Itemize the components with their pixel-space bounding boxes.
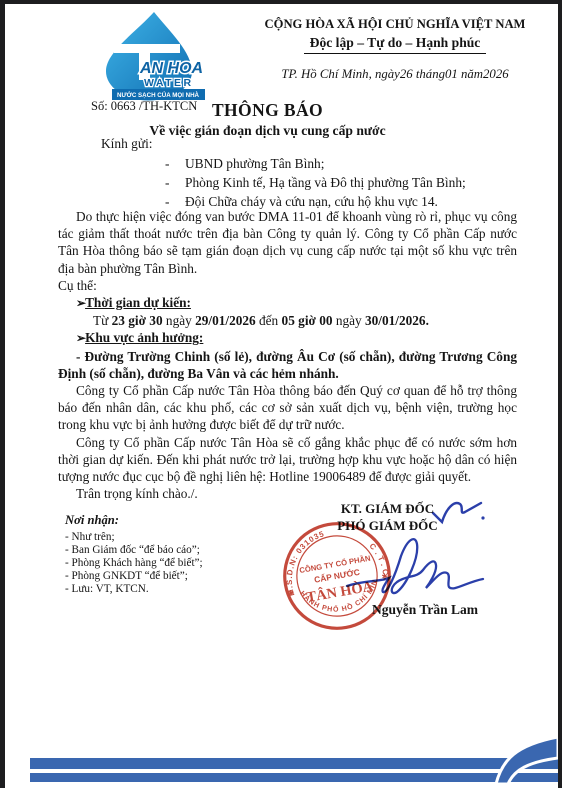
noi-nhan-item: - Phòng Khách hàng “để biết”; <box>65 557 290 570</box>
handwritten-initial-icon <box>429 496 487 530</box>
recipient-item: - UBND phường Tân Bình; <box>165 154 466 173</box>
letter-body: Do thực hiện việc đóng van bước DMA 11-0… <box>58 208 517 502</box>
paragraph-hotline: Công ty Cổ phần Cấp nước Tân Hòa sẽ cố g… <box>58 434 517 486</box>
arrow-bullet-icon: ➢ <box>76 331 85 345</box>
recipients-footer-block: Nơi nhận: - Như trên; - Ban Giám đốc “để… <box>65 513 290 596</box>
noi-nhan-label: Nơi nhận: <box>65 513 290 528</box>
water-drop-logo-icon: AN HOA WATER NƯỚC SẠCH CỦA MỌI NHÀ <box>89 10 213 102</box>
arrow-bullet-icon: ➢ <box>76 296 85 310</box>
national-header: CỘNG HÒA XÃ HỘI CHỦ NGHĨA VIỆT NAM Độc l… <box>245 17 545 83</box>
logo-name-text: AN HOA <box>139 60 203 77</box>
signer-name: Nguyễn Trần Lam <box>335 602 515 618</box>
affected-streets-line: - Đường Trường Chinh (số lẻ), đường Âu C… <box>58 348 517 382</box>
place-date-line: TP. Hồ Chí Minh, ngày26 tháng01 năm2026 <box>245 67 545 83</box>
noi-nhan-item: - Phòng GNKDT “để biết”; <box>65 570 290 583</box>
paragraph-notify: Công ty Cổ phần Cấp nước Tân Hòa thông b… <box>58 382 517 434</box>
paragraph-intro: Do thực hiện việc đóng van bước DMA 11-0… <box>58 208 517 277</box>
noi-nhan-item: - Như trên; <box>65 531 290 544</box>
recipient-item: - Phòng Kinh tế, Hạ tầng và Đô thị phườn… <box>165 173 466 192</box>
section-area: ➢Khu vực ảnh hưởng: <box>58 329 517 347</box>
company-logo: AN HOA WATER NƯỚC SẠCH CỦA MỌI NHÀ <box>89 10 229 107</box>
section-time: ➢Thời gian dự kiến: <box>58 294 517 312</box>
document-subtitle: Về việc gián đoạn dịch vụ cung cấp nước <box>15 123 520 139</box>
noi-nhan-item: - Ban Giám đốc “để báo cáo”; <box>65 544 290 557</box>
recipients-list: - UBND phường Tân Bình; - Phòng Kinh tế,… <box>165 154 466 211</box>
recipients-label: Kính gửi: <box>101 136 153 152</box>
time-detail-line: Từ 23 giờ 30 ngày 29/01/2026 đến 05 giờ … <box>58 312 517 329</box>
paragraph-intro-tail: Cụ thể: <box>58 277 517 294</box>
handwritten-signature <box>345 532 495 612</box>
document-title: THÔNG BÁO <box>15 100 520 121</box>
logo-tagline: NƯỚC SẠCH CỦA MỌI NHÀ <box>117 91 200 99</box>
title-block: THÔNG BÁO Về việc gián đoạn dịch vụ cung… <box>15 100 520 139</box>
logo-water-text: WATER <box>144 77 194 89</box>
noi-nhan-item: - Lưu: VT, KTCN. <box>65 583 290 596</box>
footer-swoosh-icon <box>458 700 558 784</box>
republic-line: CỘNG HÒA XÃ HỘI CHỦ NGHĨA VIỆT NAM <box>245 17 545 33</box>
motto-line: Độc lập – Tự do – Hạnh phúc <box>304 35 487 54</box>
scanned-letter-page: AN HOA WATER NƯỚC SẠCH CỦA MỌI NHÀ Số: 0… <box>0 0 562 788</box>
